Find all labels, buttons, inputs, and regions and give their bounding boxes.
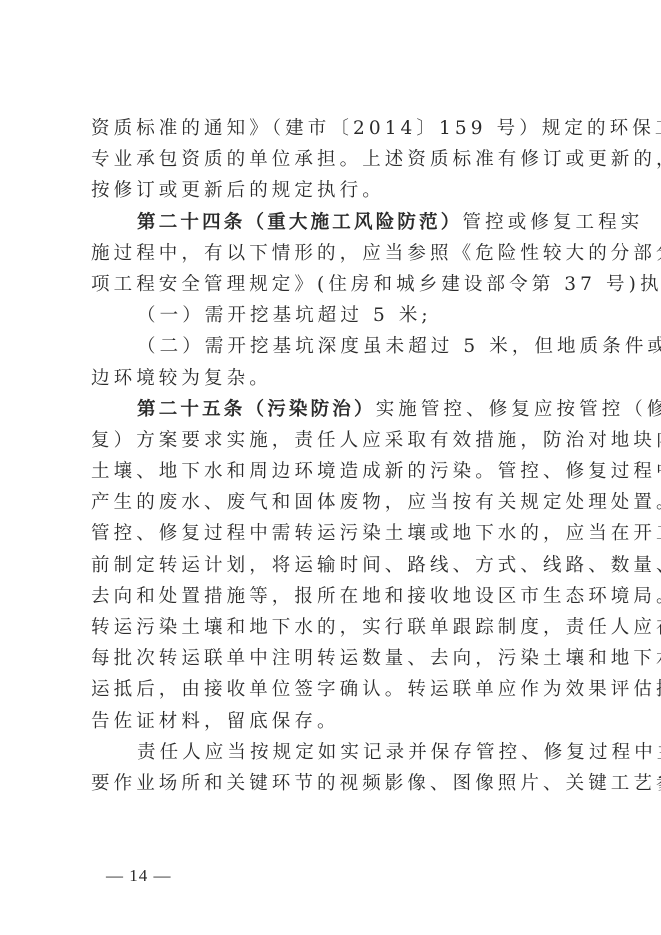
text-line: 按修订或更新后的规定执行。 (91, 175, 561, 206)
text-line: 复）方案要求实施，责任人应采取有效措施，防治对地块内 (91, 425, 561, 456)
text-line: 产生的废水、废气和固体废物，应当按有关规定处理处置。 (91, 487, 561, 518)
text-line: 管控、修复过程中需转运污染土壤或地下水的，应当在开工 (91, 518, 561, 549)
text-line: 实施管控、修复应按管控（修 (376, 399, 661, 420)
page-number: — 14 — (106, 866, 172, 886)
article-24-first-line: 第二十四条（重大施工风险防范）管控或修复工程实 (91, 207, 561, 238)
paragraph-first-line: 责任人应当按规定如实记录并保存管控、修复过程中主 (91, 737, 561, 768)
text-line: 运抵后，由接收单位签字确认。转运联单应作为效果评估报 (91, 674, 561, 705)
list-item-2: （二）需开挖基坑深度虽未超过 5 米，但地质条件或周 (91, 331, 561, 362)
article-25-heading: 第二十五条（污染防治） (137, 399, 376, 420)
text-line: 资质标准的通知》（建市〔2014〕159 号）规定的环保工程 (91, 113, 561, 144)
body-text: 资质标准的通知》（建市〔2014〕159 号）规定的环保工程 专业承包资质的单位… (91, 113, 561, 799)
text-line: 管控或修复工程实 (463, 212, 644, 233)
text-line: 转运污染土壤和地下水的，实行联单跟踪制度，责任人应在 (91, 612, 561, 643)
text-line: 施过程中，有以下情形的，应当参照《危险性较大的分部分 (91, 238, 561, 269)
article-24-heading: 第二十四条（重大施工风险防范） (137, 212, 463, 233)
text-line: 项工程安全管理规定》(住房和城乡建设部令第 37 号)执行: (91, 269, 561, 300)
text-line: 告佐证材料，留底保存。 (91, 706, 561, 737)
text-line: 去向和处置措施等，报所在地和接收地设区市生态环境局。 (91, 581, 561, 612)
text-line: 前制定转运计划，将运输时间、路线、方式、线路、数量、 (91, 550, 561, 581)
text-line: 每批次转运联单中注明转运数量、去向，污染土壤和地下水 (91, 643, 561, 674)
document-page: 资质标准的通知》（建市〔2014〕159 号）规定的环保工程 专业承包资质的单位… (0, 0, 661, 935)
list-item-1: （一）需开挖基坑超过 5 米; (91, 300, 561, 331)
text-line: 边环境较为复杂。 (91, 363, 561, 394)
article-25-first-line: 第二十五条（污染防治）实施管控、修复应按管控（修 (91, 394, 561, 425)
text-line: 专业承包资质的单位承担。上述资质标准有修订或更新的， (91, 144, 561, 175)
text-line: 土壤、地下水和周边环境造成新的污染。管控、修复过程中 (91, 456, 561, 487)
text-line: 要作业场所和关键环节的视频影像、图像照片、关键工艺参 (91, 768, 561, 799)
